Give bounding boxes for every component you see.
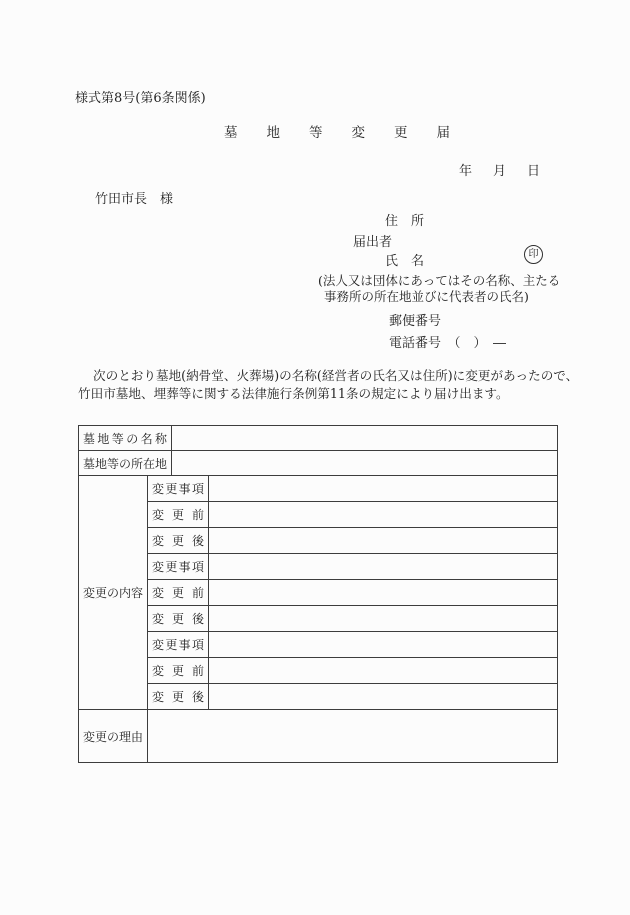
change-item-value	[209, 554, 558, 580]
change-before-value	[209, 502, 558, 528]
table-row: 変更後	[79, 528, 558, 554]
page-title: 墓地等変更届	[224, 121, 479, 141]
change-reason-label: 変更の理由	[79, 710, 148, 763]
change-item-label: 変更事項	[148, 554, 209, 580]
change-item-label: 変更事項	[148, 476, 209, 502]
cemetery-location-value	[172, 451, 558, 476]
seal-icon: 印	[524, 245, 543, 264]
corporate-note-line1: (法人又は団体にあってはその名称、主たる	[318, 273, 560, 289]
form-page: 様式第8号(第6条関係) 墓地等変更届 年 月 日 竹田市長 様 住 所 届出者…	[0, 0, 630, 915]
form-table: 墓地等の名称 墓地等の所在地 変更の内容 変更事項 変更前 変更後 変更事	[78, 425, 558, 763]
change-content-label: 変更の内容	[79, 476, 148, 710]
change-before-label: 変更前	[148, 502, 209, 528]
body-line2: 竹田市墓地、埋葬等に関する法律施行条例第11条の規定により届け出ます。	[78, 385, 578, 403]
body-line1: 次のとおり墓地(納骨堂、火葬場)の名称(経営者の氏名又は住所)に変更があったので…	[78, 367, 578, 385]
change-after-value	[209, 528, 558, 554]
corporate-note-line2: 事務所の所在地並びに代表者の氏名)	[318, 289, 560, 305]
table-row: 墓地等の名称	[79, 426, 558, 451]
cemetery-location-label: 墓地等の所在地	[79, 451, 172, 476]
change-reason-value	[148, 710, 558, 763]
cemetery-name-value	[172, 426, 558, 451]
change-item-value	[209, 476, 558, 502]
change-before-value	[209, 580, 558, 606]
cemetery-name-label: 墓地等の名称	[79, 426, 172, 451]
table-row: 変更事項	[79, 554, 558, 580]
table-row: 変更前	[79, 580, 558, 606]
phone-number-label: 電話番号 （ ） ―	[389, 332, 506, 351]
table-row: 変更前	[79, 658, 558, 684]
table-row: 変更の内容 変更事項	[79, 476, 558, 502]
change-before-value	[209, 658, 558, 684]
table-row: 変更後	[79, 684, 558, 710]
table-row: 変更事項	[79, 632, 558, 658]
table-row: 変更後	[79, 606, 558, 632]
body-paragraph: 次のとおり墓地(納骨堂、火葬場)の名称(経営者の氏名又は住所)に変更があったので…	[78, 367, 578, 403]
change-after-label: 変更後	[148, 528, 209, 554]
form-number: 様式第8号(第6条関係)	[75, 87, 206, 106]
change-after-label: 変更後	[148, 684, 209, 710]
declarant-label: 届出者	[353, 231, 392, 250]
change-item-value	[209, 632, 558, 658]
change-before-label: 変更前	[148, 658, 209, 684]
address-label: 住 所	[385, 210, 424, 229]
postal-code-label: 郵便番号	[389, 310, 441, 329]
name-label: 氏 名	[385, 250, 424, 269]
change-after-value	[209, 684, 558, 710]
change-after-value	[209, 606, 558, 632]
table-row: 変更前	[79, 502, 558, 528]
change-item-label: 変更事項	[148, 632, 209, 658]
change-before-label: 変更前	[148, 580, 209, 606]
addressee: 竹田市長 様	[95, 188, 173, 207]
change-after-label: 変更後	[148, 606, 209, 632]
table-row: 変更の理由	[79, 710, 558, 763]
corporate-note: (法人又は団体にあってはその名称、主たる 事務所の所在地並びに代表者の氏名)	[318, 273, 560, 305]
date-line: 年 月 日	[459, 160, 544, 179]
table-row: 墓地等の所在地	[79, 451, 558, 476]
